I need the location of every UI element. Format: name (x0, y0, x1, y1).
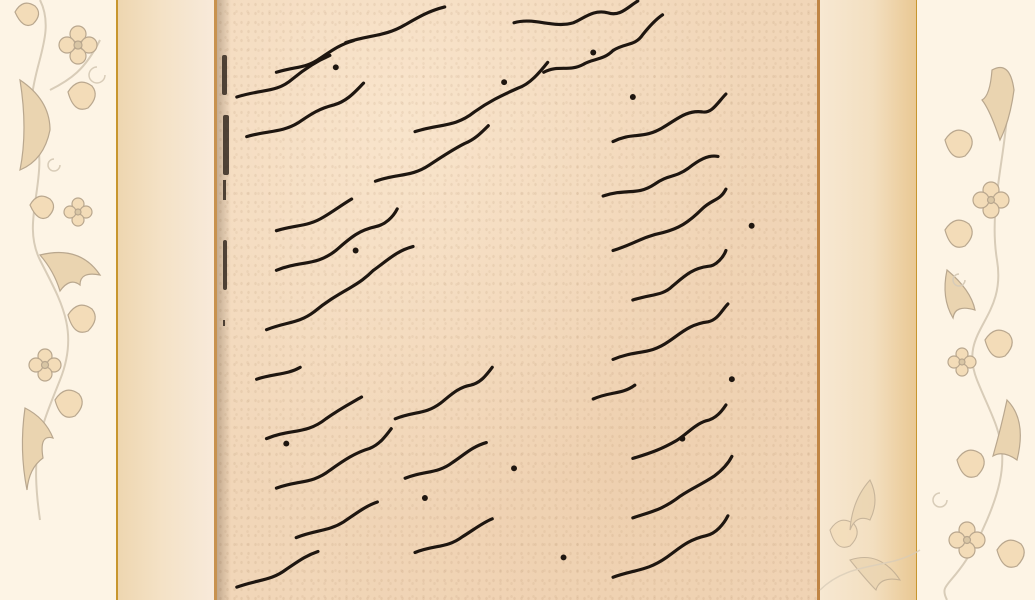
floral-corner-overlay-icon (810, 470, 930, 600)
manuscript-page (214, 0, 820, 600)
floral-vine-right-icon (917, 0, 1035, 600)
right-decorative-margin (917, 0, 1035, 600)
floral-vine-left-icon (0, 0, 118, 600)
left-gold-band (116, 0, 216, 600)
left-decorative-margin (0, 0, 118, 600)
manuscript-viewer (0, 0, 1035, 600)
handwritten-verses (217, 0, 817, 600)
calligraphy-text-block (217, 0, 817, 600)
